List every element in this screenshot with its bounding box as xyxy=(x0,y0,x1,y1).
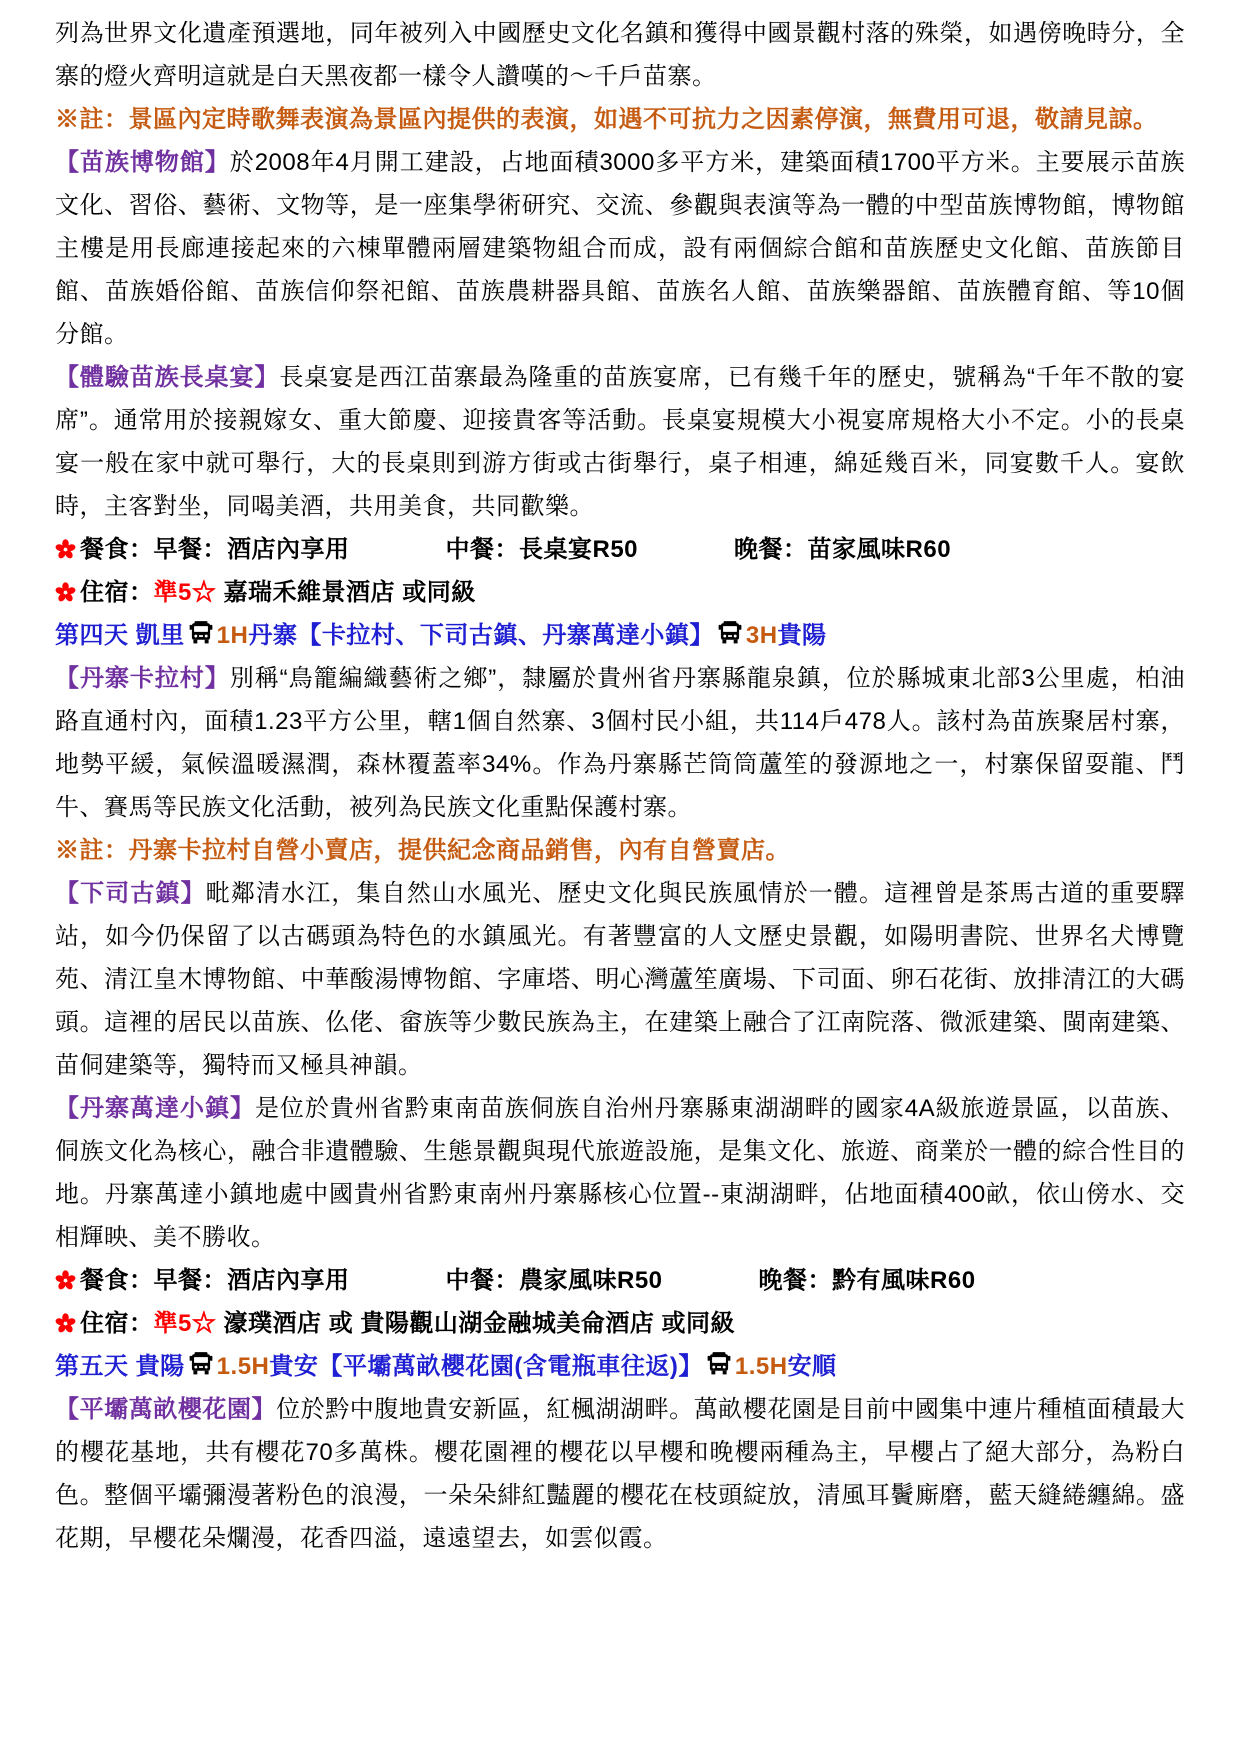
text-run: 準5☆ xyxy=(154,1310,217,1337)
text-run: 毗鄰清水江，集自然山水風光、歷史文化與民族風情於一體。這裡曾是茶馬古道的重要驛站… xyxy=(55,880,1185,1079)
section-label: 【體驗苗族長桌宴】 xyxy=(55,364,279,391)
text-run: 1.5H xyxy=(217,1353,270,1380)
lodging-line: 住宿：準5☆ 嘉瑞禾維景酒店 或同級 xyxy=(55,571,1185,614)
text-run: 濠璞酒店 或 貴陽觀山湖金融城美侖酒店 或同級 xyxy=(216,1310,735,1337)
section-label: 【苗族博物館】 xyxy=(55,149,230,176)
text-run: 準5☆ xyxy=(154,579,217,606)
section-label: 【下司古鎮】 xyxy=(55,880,206,907)
florette-icon xyxy=(55,539,76,560)
note-line: ※註：景區內定時歌舞表演為景區內提供的表演，如遇不可抗力之因素停演，無費用可退，… xyxy=(55,98,1185,141)
paragraph: 【丹寨萬達小鎮】是位於貴州省黔東南苗族侗族自治州丹寨縣東湖湖畔的國家4A級旅遊景… xyxy=(55,1087,1185,1259)
note-line: ※註：丹寨卡拉村自營小賣店，提供紀念商品銷售，內有自營賣店。 xyxy=(55,829,1185,872)
bus-icon xyxy=(188,1351,214,1377)
paragraph: 【丹寨卡拉村】別稱“鳥籠編織藝術之鄉”，隸屬於貴州省丹寨縣龍泉鎮，位於縣城東北部… xyxy=(55,657,1185,829)
text-run: 安順 xyxy=(788,1353,837,1380)
text-run: 3H xyxy=(746,622,778,649)
text-run: 中餐：農家風味R50 xyxy=(446,1267,663,1294)
text-run: 餐食：早餐：酒店內享用 xyxy=(80,536,350,563)
paragraph: 【體驗苗族長桌宴】長桌宴是西江苗寨最為隆重的苗族宴席，已有幾千年的歷史，號稱為“… xyxy=(55,356,1185,528)
itinerary-document: 列為世界文化遺產預選地，同年被列入中國歷史文化名鎮和獲得中國景觀村落的殊榮，如遇… xyxy=(0,0,1241,1600)
text-run: 住宿： xyxy=(80,1310,154,1337)
bus-icon xyxy=(706,1351,732,1377)
florette-icon xyxy=(55,582,76,603)
meals-line: 餐食：早餐：酒店內享用中餐：長桌宴R50晚餐：苗家風味R60 xyxy=(55,528,1185,571)
text-run: ※註：景區內定時歌舞表演為景區內提供的表演，如遇不可抗力之因素停演，無費用可退，… xyxy=(55,106,1158,133)
bus-icon xyxy=(188,620,214,646)
paragraph: 【苗族博物館】於2008年4月開工建設，占地面積3000多平方米，建築面積170… xyxy=(55,141,1185,356)
text-run: 丹寨【卡拉村、下司古鎮、丹寨萬達小鎮】 xyxy=(248,622,714,649)
section-label: 【丹寨萬達小鎮】 xyxy=(55,1095,255,1122)
meals-line: 餐食：早餐：酒店內享用中餐：農家風味R50晚餐：黔有風味R60 xyxy=(55,1259,1185,1302)
text-run: 列為世界文化遺產預選地，同年被列入中國歷史文化名鎮和獲得中國景觀村落的殊榮，如遇… xyxy=(55,20,1185,90)
text-run: 晚餐：苗家風味R60 xyxy=(734,536,951,563)
day-heading: 第五天 貴陽1.5H貴安【平壩萬畝櫻花園(含電瓶車往返)】1.5H安順 xyxy=(55,1345,1185,1388)
florette-icon xyxy=(55,1270,76,1291)
lodging-line: 住宿：準5☆ 濠璞酒店 或 貴陽觀山湖金融城美侖酒店 或同級 xyxy=(55,1302,1185,1345)
text-run: 晚餐：黔有風味R60 xyxy=(759,1267,976,1294)
paragraph: 列為世界文化遺產預選地，同年被列入中國歷史文化名鎮和獲得中國景觀村落的殊榮，如遇… xyxy=(55,12,1185,98)
text-run: 1.5H xyxy=(735,1353,788,1380)
text-run: 1H xyxy=(217,622,249,649)
text-run: ※註：丹寨卡拉村自營小賣店，提供紀念商品銷售，內有自營賣店。 xyxy=(55,837,790,864)
day-heading: 第四天 凱里1H丹寨【卡拉村、下司古鎮、丹寨萬達小鎮】3H貴陽 xyxy=(55,614,1185,657)
text-run: 貴陽 xyxy=(778,622,827,649)
bus-icon xyxy=(717,620,743,646)
florette-icon xyxy=(55,1313,76,1334)
paragraph: 【下司古鎮】毗鄰清水江，集自然山水風光、歷史文化與民族風情於一體。這裡曾是茶馬古… xyxy=(55,872,1185,1087)
text-run: 於2008年4月開工建設，占地面積3000多平方米，建築面積1700平方米。主要… xyxy=(55,149,1185,348)
text-run: 餐食：早餐：酒店內享用 xyxy=(80,1267,350,1294)
text-run: 住宿： xyxy=(80,579,154,606)
text-run: 嘉瑞禾維景酒店 或同級 xyxy=(216,579,475,606)
text-run: 第五天 貴陽 xyxy=(55,1353,185,1380)
section-label: 【丹寨卡拉村】 xyxy=(55,665,230,692)
paragraph: 【平壩萬畝櫻花園】位於黔中腹地貴安新區，紅楓湖湖畔。萬畝櫻花園是目前中國集中連片… xyxy=(55,1388,1185,1560)
text-run: 中餐：長桌宴R50 xyxy=(446,536,639,563)
text-run: 貴安【平壩萬畝櫻花園(含電瓶車往返)】 xyxy=(269,1353,702,1380)
text-run: 第四天 凱里 xyxy=(55,622,185,649)
section-label: 【平壩萬畝櫻花園】 xyxy=(55,1396,276,1423)
